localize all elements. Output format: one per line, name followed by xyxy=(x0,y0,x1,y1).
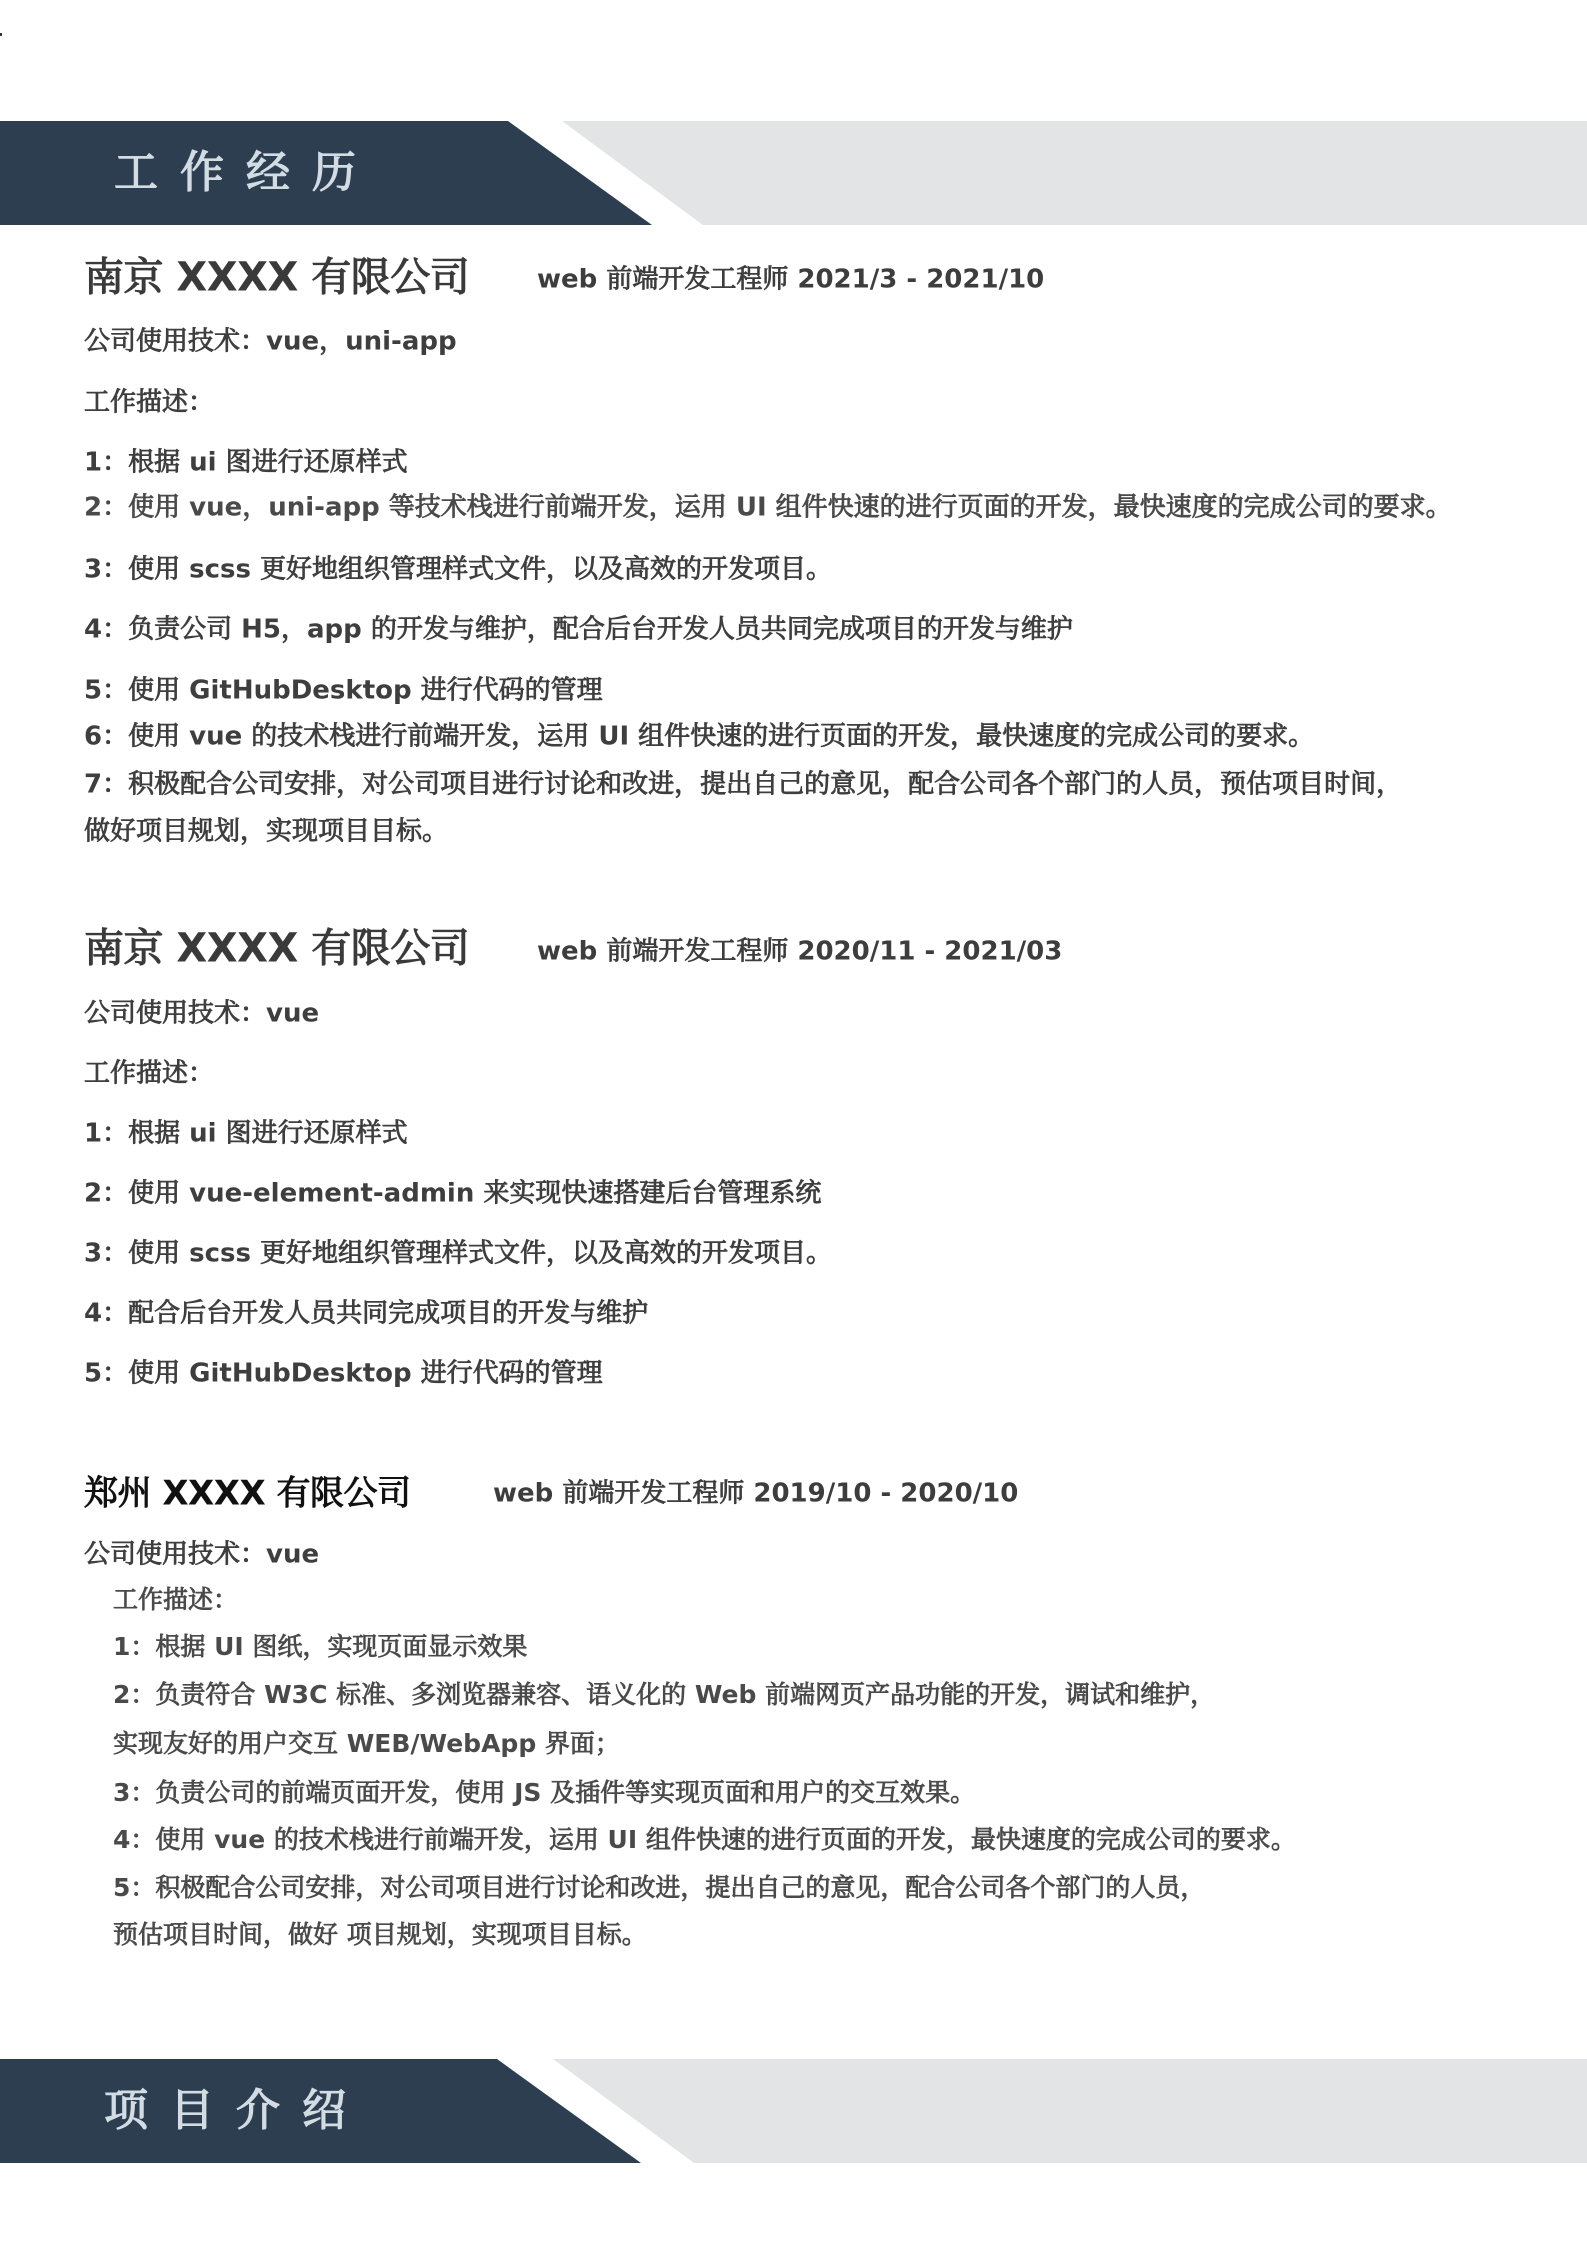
tech-line: 公司使用技术：vue，uni-app xyxy=(84,321,457,358)
section-banner-work-experience: 工作经历 xyxy=(0,121,1587,225)
list-item: 3：使用 scss 更好地组织管理样式文件，以及高效的开发项目。 xyxy=(84,1233,832,1270)
list-item: 2：使用 vue-element-admin 来实现快速搭建后台管理系统 xyxy=(84,1173,821,1210)
desc-label: 工作描述： xyxy=(113,1580,238,1616)
desc-label: 工作描述： xyxy=(84,1053,214,1090)
tech-value: vue，uni-app xyxy=(266,327,457,357)
company-name: 南京 XXXX 有限公司 xyxy=(84,917,469,974)
company-name: 南京 XXXX 有限公司 xyxy=(84,246,469,303)
list-item: 4：负责公司 H5，app 的开发与维护，配合后台开发人员共同完成项目的开发与维… xyxy=(84,609,1073,646)
tech-label: 公司使用技术： xyxy=(84,1540,266,1570)
tech-label: 公司使用技术： xyxy=(84,327,266,357)
list-item: 5：使用 GitHubDesktop 进行代码的管理 xyxy=(84,1353,603,1390)
list-item: 5：使用 GitHubDesktop 进行代码的管理 xyxy=(84,670,603,707)
list-item: 4：配合后台开发人员共同完成项目的开发与维护 xyxy=(84,1293,648,1330)
company-name: 郑州 XXXX 有限公司 xyxy=(84,1466,411,1515)
tech-line: 公司使用技术：vue xyxy=(84,1534,319,1571)
list-item: 1：根据 ui 图进行还原样式 xyxy=(84,1113,408,1150)
list-item: 3：负责公司的前端页面开发，使用 JS 及插件等实现页面和用户的交互效果。 xyxy=(113,1773,975,1809)
list-item-continuation: 预估项目时间，做好 项目规划，实现项目目标。 xyxy=(113,1915,647,1951)
list-item: 1：根据 ui 图进行还原样式 xyxy=(84,442,408,479)
section-title: 项目介绍 xyxy=(104,2059,368,2163)
list-item: 5：积极配合公司安排，对公司项目进行讨论和改进，提出自己的意见，配合公司各个部门… xyxy=(113,1868,1205,1904)
section-title: 工作经历 xyxy=(114,121,378,225)
tech-value: vue xyxy=(266,999,319,1029)
list-item-continuation: 做好项目规划，实现项目目标。 xyxy=(84,811,448,848)
tech-value: vue xyxy=(266,1540,319,1570)
scan-speck xyxy=(0,33,2,36)
banner-gray-shape xyxy=(562,121,1587,225)
section-banner-project-intro: 项目介绍 xyxy=(0,2059,1587,2163)
tech-line: 公司使用技术：vue xyxy=(84,993,319,1030)
list-item: 4：使用 vue 的技术栈进行前端开发，运用 UI 组件快速的进行页面的开发，最… xyxy=(113,1820,1296,1856)
list-item: 3：使用 scss 更好地组织管理样式文件，以及高效的开发项目。 xyxy=(84,549,832,586)
list-item: 1：根据 UI 图纸，实现页面显示效果 xyxy=(113,1627,527,1663)
role-period: web 前端开发工程师 2020/11 - 2021/03 xyxy=(537,931,1062,968)
list-item: 2：使用 vue，uni-app 等技术栈进行前端开发，运用 UI 组件快速的进… xyxy=(84,487,1452,524)
tech-label: 公司使用技术： xyxy=(84,999,266,1029)
role-period: web 前端开发工程师 2021/3 - 2021/10 xyxy=(537,259,1044,296)
desc-label: 工作描述： xyxy=(84,382,214,419)
list-item: 6：使用 vue 的技术栈进行前端开发，运用 UI 组件快速的进行页面的开发，最… xyxy=(84,716,1314,753)
list-item: 7：积极配合公司安排，对公司项目进行讨论和改进，提出自己的意见，配合公司各个部门… xyxy=(84,764,1402,801)
role-period: web 前端开发工程师 2019/10 - 2020/10 xyxy=(493,1473,1018,1510)
list-item: 2：负责符合 W3C 标准、多浏览器兼容、语义化的 Web 前端网页产品功能的开… xyxy=(113,1675,1215,1711)
banner-gray-shape xyxy=(553,2059,1587,2163)
list-item-continuation: 实现友好的用户交互 WEB/WebApp 界面； xyxy=(113,1724,620,1760)
